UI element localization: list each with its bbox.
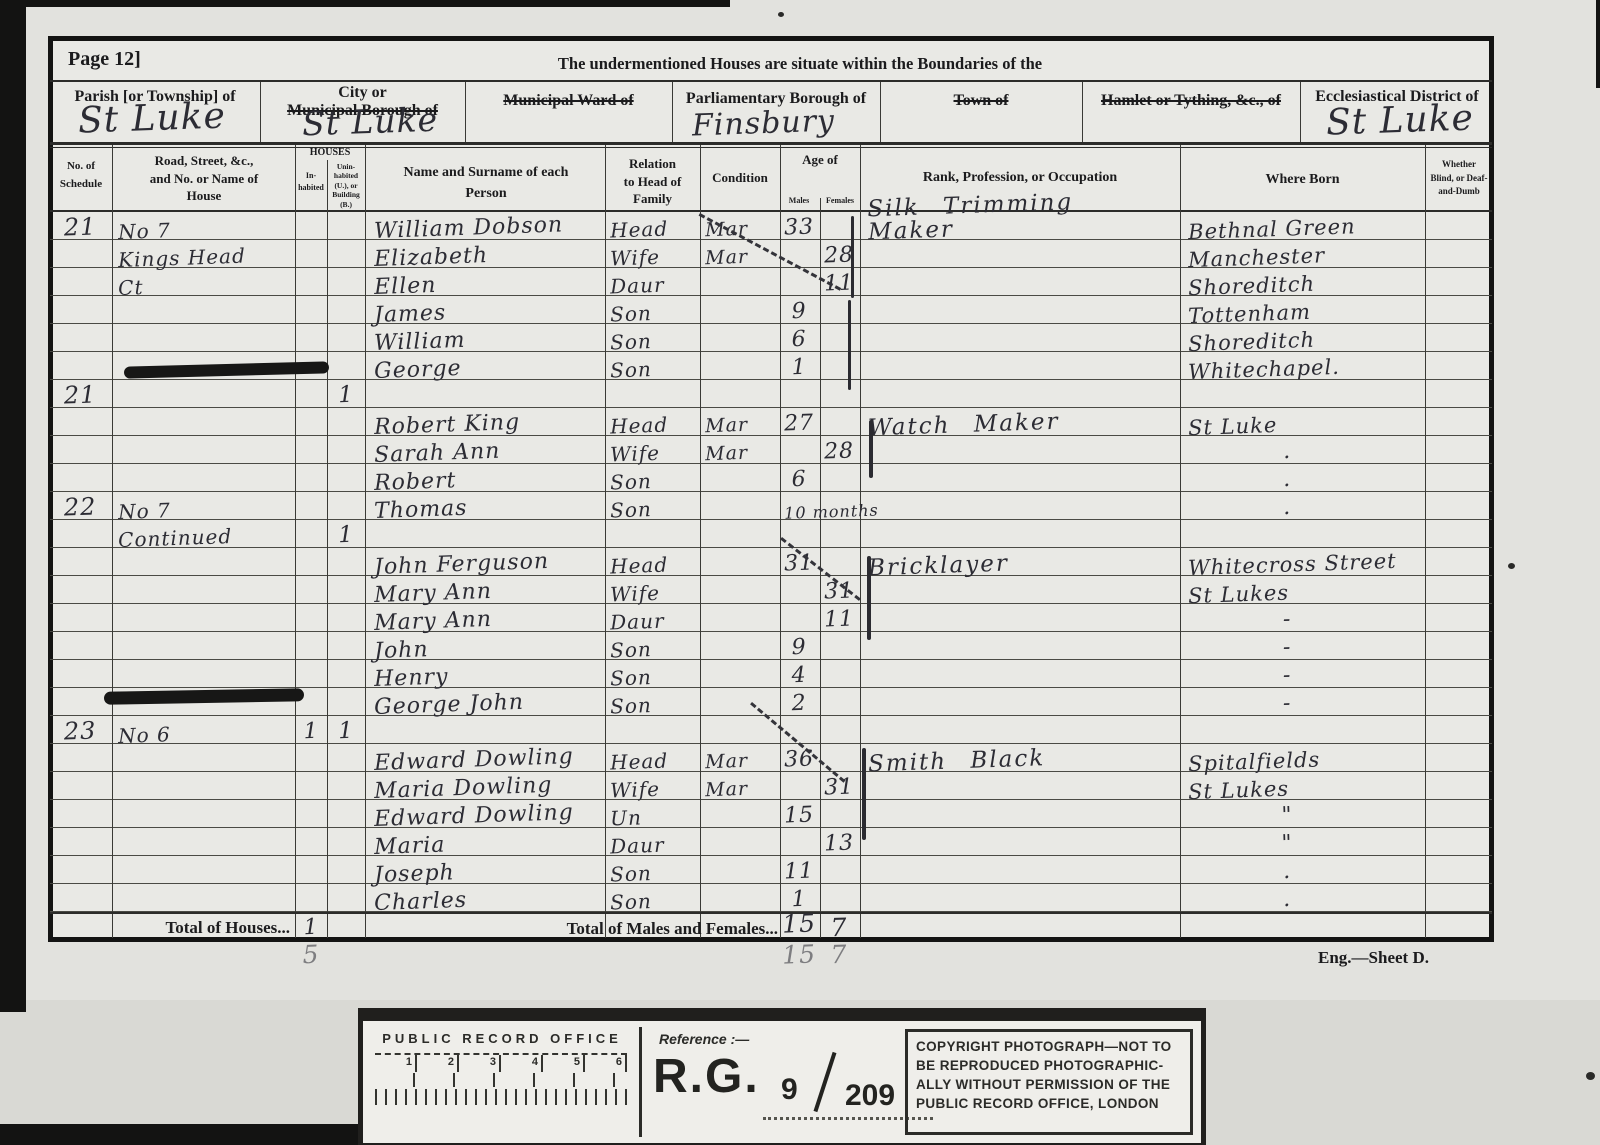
stamp-reference-series: R.G. (653, 1049, 760, 1104)
column-divider (700, 145, 701, 938)
handwritten-agem: 15 (780, 798, 819, 827)
handwritten-rel: Son (610, 349, 699, 380)
handwritten-born: . (1262, 434, 1313, 464)
handwritten-schedule: 23 (52, 714, 109, 744)
public-record-office-stamp: PUBLIC RECORD OFFICE 1 2 3 4 5 6 Referen… (358, 1008, 1206, 1145)
rule-thin (50, 147, 1492, 148)
handwritten-cond: Mar (705, 742, 778, 772)
handwritten-agem: 33 (780, 210, 819, 239)
sheet-note: Eng.—Sheet D. (1318, 948, 1429, 968)
col-header-rank: Rank, Profession, or Occupation (862, 170, 1178, 186)
handwritten-schedule: 22 (52, 490, 109, 520)
handwritten-cond: Mar (705, 238, 778, 268)
column-divider (327, 160, 328, 938)
handwritten-agef: 28 (820, 238, 859, 267)
stamp-reference-number: 9 (781, 1073, 798, 1107)
form-heading: The undermentioned Houses are situate wi… (300, 54, 1300, 74)
handwritten-born: - (1262, 602, 1313, 632)
handwritten-rel: Wife (610, 769, 699, 800)
ruler-number: 2 (417, 1055, 459, 1072)
ruler-number: 3 (459, 1055, 501, 1072)
handwritten-rel: Daur (610, 601, 699, 632)
copyright-line: PUBLIC RECORD OFFICE, LONDON (916, 1094, 1182, 1113)
col-header-males: Males (780, 196, 818, 205)
col-header-relation: Relation to Head of Family (606, 155, 699, 208)
scan-edge-left (0, 0, 26, 1012)
scan-edge-bottom-left (0, 1124, 362, 1145)
handwritten-rel: Wife (610, 237, 699, 268)
stamp-ruler-ticks (375, 1089, 627, 1105)
divider (1300, 82, 1301, 142)
handwritten-agef: 13 (820, 826, 859, 855)
stamp-office-name: PUBLIC RECORD OFFICE (371, 1031, 633, 1046)
scan-speck (1586, 1072, 1595, 1080)
col-header-age: Age of (781, 152, 859, 168)
handwritten-schedule: 21 (52, 378, 109, 408)
handwritten-address: Ct (118, 264, 291, 298)
divider (465, 82, 466, 142)
handwritten-rel: Wife (610, 433, 699, 464)
district-label-hamlet: Hamlet or Tything, &c., of (1084, 92, 1298, 110)
handwritten-born: " (1262, 798, 1313, 828)
handwritten-inh: 5 (297, 939, 326, 968)
handwritten-agem: 31 (780, 546, 819, 575)
handwritten-parish: St Luke (77, 95, 226, 141)
handwritten-cond: Mar (705, 770, 778, 800)
handwritten-inh: 1 (297, 715, 326, 744)
handwritten-born: . (1262, 882, 1313, 912)
total-males-females-label: Total of Males and Females... (430, 919, 778, 939)
handwritten-rel: Head (610, 405, 699, 436)
handwritten-agef: 31 (820, 770, 859, 799)
handwritten-rel: Head (610, 545, 699, 576)
district-label-town: Town of (882, 92, 1080, 110)
handwritten-rel: Son (610, 881, 699, 912)
handwritten-born: - (1262, 686, 1313, 716)
handwritten-born: . (1262, 854, 1313, 884)
col-header-condition: Condition (701, 170, 779, 186)
handwritten-rel: Daur (610, 265, 699, 296)
total-males-value: 15 (780, 907, 819, 936)
ruler-number: 5 (543, 1055, 585, 1072)
ruler-number: 4 (501, 1055, 543, 1072)
handwritten-agem: 9 (780, 630, 819, 659)
column-divider (365, 145, 366, 938)
copyright-line: ALLY WITHOUT PERMISSION OF THE (916, 1075, 1182, 1094)
handwritten-uninh: 1 (329, 378, 364, 407)
col-header-uninhabited: Unin- habited (U.), or Building (B.) (328, 162, 364, 209)
divider (260, 82, 261, 142)
handwritten-agem: 6 (780, 462, 819, 491)
handwritten-agem: 2 (780, 686, 819, 715)
handwritten-rel: Son (610, 321, 699, 352)
handwritten-born: - (1262, 658, 1313, 688)
handwritten-agef: 11 (820, 266, 859, 295)
column-divider (295, 145, 296, 938)
col-header-females: Females (820, 196, 860, 205)
handwritten-born: - (1262, 630, 1313, 660)
handwritten-agem: 6 (780, 322, 819, 351)
handwritten-agem: 27 (780, 406, 819, 435)
ruler-number: 1 (375, 1055, 417, 1072)
handwritten-agem: 11 (780, 854, 819, 883)
divider (672, 82, 673, 142)
handwritten-rel: Son (610, 489, 699, 520)
stamp-reference-label: Reference :— (659, 1031, 749, 1047)
handwritten-uninh: 1 (329, 714, 364, 743)
handwritten-agem: 4 (780, 658, 819, 687)
stamp-reference-piece: 209 (845, 1079, 895, 1113)
copyright-line: COPYRIGHT PHOTOGRAPH—NOT TO (916, 1037, 1182, 1056)
handwritten-address: Continued (118, 516, 291, 550)
handwritten-agem: 9 (780, 294, 819, 323)
handwritten-parl-borough: Finsbury (691, 104, 835, 144)
handwritten-rel: Head (610, 741, 699, 772)
col-header-blind: Whether Blind, or Deaf- and-Dumb (1426, 158, 1492, 199)
handwritten-agef: 11 (820, 602, 859, 631)
scan-speck (778, 12, 784, 17)
census-page-scan: Page 12] The undermentioned Houses are s… (0, 0, 1600, 1145)
copyright-line: BE REPRODUCED PHOTOGRAPHIC- (916, 1056, 1182, 1075)
handwritten-born: " (1262, 826, 1313, 856)
handwritten-rel: Wife (610, 573, 699, 604)
scan-speck (1508, 563, 1515, 569)
stamp-ruler-numbers: 1 2 3 4 5 6 (375, 1053, 627, 1072)
stamp-copyright-box: COPYRIGHT PHOTOGRAPH—NOT TO BE REPRODUCE… (905, 1029, 1193, 1135)
handwritten-rel: Son (610, 853, 699, 884)
col-header-born: Where Born (1182, 172, 1423, 188)
handwritten-address: No 6 (118, 712, 291, 746)
column-divider (1425, 145, 1426, 938)
handwritten-schedule: 21 (52, 210, 109, 240)
stamp-reference-slash (814, 1052, 837, 1112)
col-header-name: Name and Surname of each Person (368, 162, 604, 204)
col-header-houses: HOUSES (296, 147, 364, 158)
total-houses-label: Total of Houses... (60, 918, 290, 938)
column-divider (860, 145, 861, 938)
handwritten-city-borough: St Luke (301, 100, 438, 144)
stamp-ruler-ticks (375, 1073, 627, 1087)
rule (50, 912, 1492, 914)
handwritten-rel: Son (610, 629, 699, 660)
scan-edge-top (0, 0, 730, 7)
handwritten-eccl-district: St Luke (1325, 97, 1474, 143)
col-header-schedule: No. of Schedule (50, 158, 112, 193)
handwritten-rel: Son (610, 685, 699, 716)
total-females-value: 7 (820, 911, 859, 940)
rule-heavy (50, 142, 1492, 145)
col-header-inhabited: In- habited (296, 170, 326, 194)
handwritten-agem: 36 (780, 742, 819, 771)
handwritten-rel: Son (610, 657, 699, 688)
stamp-divider (639, 1027, 642, 1137)
col-header-road: Road, Street, &c., and No. or Name of Ho… (114, 152, 294, 205)
scan-edge-right (1596, 0, 1600, 88)
divider (1082, 82, 1083, 142)
handwritten-uninh: 1 (329, 518, 364, 547)
handwritten-born: . (1262, 462, 1313, 492)
handwritten-cond: Mar (705, 210, 778, 240)
handwritten-agef: 7 (820, 938, 859, 967)
handwritten-rel: Head (610, 209, 699, 240)
ruler-number: 6 (585, 1055, 627, 1072)
column-divider (605, 145, 606, 938)
handwritten-agem: 1 (780, 350, 819, 379)
column-divider (1180, 145, 1181, 938)
handwritten-rel: Son (610, 461, 699, 492)
column-divider (112, 145, 113, 938)
handwritten-rel: Un (610, 797, 699, 828)
district-label-ward: Municipal Ward of (467, 92, 670, 110)
handwritten-agef: 31 (820, 574, 859, 603)
handwritten-cond: Mar (705, 406, 778, 436)
total-houses-value: 1 (297, 911, 326, 940)
handwritten-born: . (1262, 490, 1313, 520)
handwritten-rel: Son (610, 293, 699, 324)
handwritten-rel: Daur (610, 825, 699, 856)
handwritten-cond: Mar (705, 434, 778, 464)
divider (880, 82, 881, 142)
page-label: Page 12] (68, 48, 141, 71)
handwritten-agespan: 10 months (784, 488, 945, 522)
handwritten-agef: 28 (820, 434, 859, 463)
handwritten-agem: 15 (780, 938, 819, 967)
rule (50, 80, 1492, 82)
